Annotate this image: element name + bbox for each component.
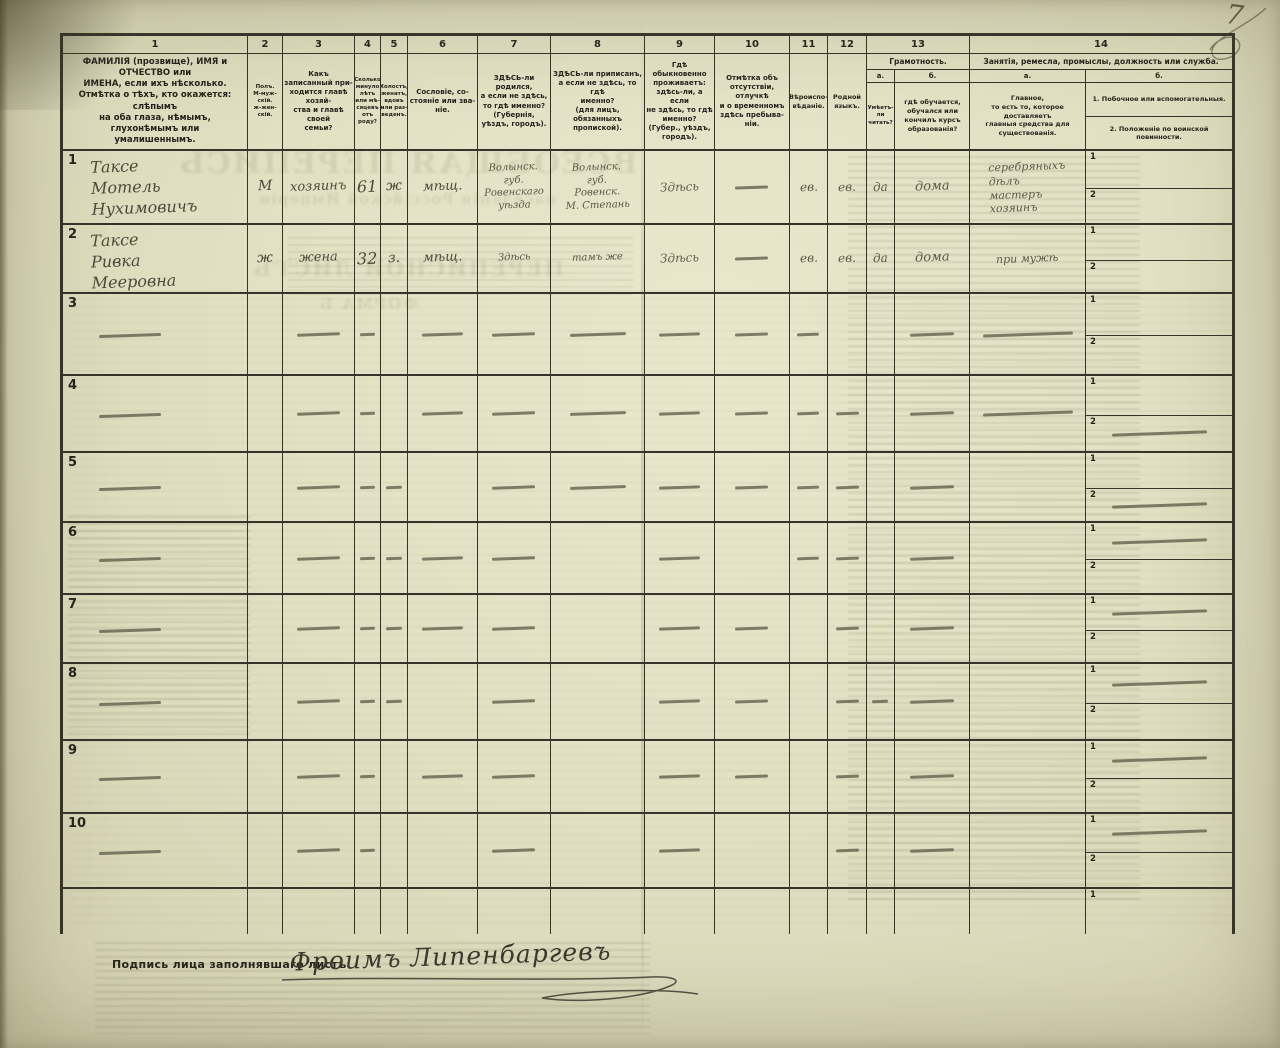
pencil-dash bbox=[1112, 756, 1207, 762]
cell-c10 bbox=[715, 814, 790, 887]
cell-c14a bbox=[970, 294, 1086, 374]
cell-c12 bbox=[828, 595, 867, 662]
cell-c7 bbox=[478, 664, 551, 739]
header-text: Умѣетъ- ли читать? bbox=[867, 105, 893, 127]
pencil-dash bbox=[910, 332, 954, 337]
cell-c14b: 12 bbox=[1086, 225, 1232, 292]
cell-c1: 3 bbox=[63, 294, 248, 374]
cell-c9: Здѣсь bbox=[645, 151, 715, 223]
pencil-dash bbox=[659, 556, 700, 560]
handwritten-entry: ж bbox=[257, 249, 274, 267]
header-col13a: Умѣетъ- ли читать? bbox=[867, 83, 895, 149]
cell-c2 bbox=[248, 741, 283, 812]
cell-c14b: 12 bbox=[1086, 595, 1232, 662]
cell-c1: 8 bbox=[63, 664, 248, 739]
pencil-dash bbox=[659, 774, 700, 778]
subcell-2: 2 bbox=[1086, 489, 1232, 521]
cell-c3 bbox=[283, 294, 355, 374]
pencil-dash bbox=[983, 331, 1073, 337]
cell-c8 bbox=[551, 453, 645, 521]
table-row: 2Таксе Ривка Мееровнажжена32з.мѣщ.Здѣсьт… bbox=[63, 225, 1232, 294]
header-col9: Гдѣ обыкновенно проживаетъ: здѣсь-ли, а … bbox=[645, 54, 715, 149]
cell-c3: жена bbox=[283, 225, 355, 292]
subcell-1: 1 bbox=[1086, 741, 1232, 779]
cell-c1: 9 bbox=[63, 741, 248, 812]
pencil-dash bbox=[836, 556, 859, 560]
handwritten-entry: серебряныхъ дѣлъ мастеръ хозяинъ bbox=[988, 158, 1067, 216]
cell-c14a bbox=[970, 453, 1086, 521]
cell-c3: хозяинъ bbox=[283, 151, 355, 223]
pencil-dash bbox=[360, 485, 375, 489]
fold-crease bbox=[641, 0, 644, 1048]
pencil-dash bbox=[422, 332, 463, 336]
cell-c4 bbox=[355, 741, 381, 812]
subcell-label: 2 bbox=[1090, 337, 1096, 347]
cell-c2 bbox=[248, 595, 283, 662]
column-number: 11 bbox=[790, 36, 828, 53]
pencil-dash bbox=[297, 699, 340, 703]
cell-c12 bbox=[828, 376, 867, 451]
cell-c4: 32 bbox=[355, 225, 381, 292]
handwritten-entry: да bbox=[873, 179, 888, 195]
cell-c11 bbox=[790, 595, 828, 662]
cell-c6 bbox=[408, 814, 478, 887]
column-number: 12 bbox=[828, 36, 867, 53]
cell-c1: 5 bbox=[63, 453, 248, 521]
pencil-dash bbox=[297, 626, 340, 630]
cell-c10 bbox=[715, 376, 790, 451]
handwritten-entry: 61 bbox=[357, 177, 378, 198]
pencil-dash bbox=[836, 485, 859, 489]
cell-c8 bbox=[551, 376, 645, 451]
cell-c6 bbox=[408, 741, 478, 812]
cell-c14a: при мужѣ bbox=[970, 225, 1086, 292]
cell-c1: 6 bbox=[63, 523, 248, 593]
pencil-dash bbox=[360, 775, 375, 779]
cell-c13b bbox=[895, 294, 970, 374]
handwritten-entry: Здѣсь bbox=[660, 179, 699, 195]
pencil-dash bbox=[360, 412, 375, 416]
cell-c8 bbox=[551, 741, 645, 812]
header-label-b: б. bbox=[895, 70, 970, 82]
pencil-dash bbox=[910, 848, 954, 853]
pencil-dash bbox=[910, 556, 954, 561]
table-row: 812 bbox=[63, 664, 1232, 741]
header-text: Отмѣтка объ отсутствіи, отлучкѣ и о врем… bbox=[716, 74, 788, 129]
pencil-dash bbox=[492, 848, 535, 853]
pencil-dash bbox=[360, 700, 375, 704]
cell-c13a bbox=[867, 523, 895, 593]
pencil-dash bbox=[99, 557, 161, 562]
table-row: 1 bbox=[63, 889, 1232, 934]
cell-c9: Здѣсь bbox=[645, 225, 715, 292]
header-col2: Полъ. М-муж- скій. ж-жен- скій. bbox=[248, 54, 283, 149]
column-number: 9 bbox=[645, 36, 715, 53]
cell-c13a: да bbox=[867, 151, 895, 223]
cell-c3 bbox=[283, 741, 355, 812]
cell-c5 bbox=[381, 376, 408, 451]
subcell-1: 1 bbox=[1086, 664, 1232, 704]
header-ab-row: а. б. bbox=[867, 70, 969, 83]
cell-c14b: 12 bbox=[1086, 294, 1232, 374]
census-table: 1234567891011121314 ФАМИЛІЯ (прозвище), … bbox=[60, 33, 1235, 934]
handwritten-entry: Таксе Мотель Нухимовичъ bbox=[90, 154, 198, 220]
header-col3: Какъ записанный при- ходится главѣ хозяй… bbox=[283, 54, 355, 149]
cell-c1: 1Таксе Мотель Нухимовичъ bbox=[63, 151, 248, 223]
row-number: 4 bbox=[68, 378, 77, 393]
row-number: 8 bbox=[68, 666, 77, 681]
cell-c14b: 12 bbox=[1086, 741, 1232, 812]
pencil-dash bbox=[797, 332, 819, 336]
cell-c14a bbox=[970, 523, 1086, 593]
handwritten-entry: Здѣсь bbox=[498, 252, 531, 266]
cell-c4 bbox=[355, 523, 381, 593]
header-col5: Холостъ, женатъ, вдовъ или раз- веденъ. bbox=[381, 54, 408, 149]
cell-c13b bbox=[895, 889, 970, 934]
pencil-dash bbox=[1112, 538, 1207, 544]
header-label-b: б. bbox=[1086, 70, 1232, 82]
subcell-label: 1 bbox=[1090, 226, 1096, 236]
cell-c4 bbox=[355, 453, 381, 521]
handwritten-entry: при мужѣ bbox=[996, 251, 1059, 267]
paper-edge bbox=[0, 0, 8, 1048]
cell-c5 bbox=[381, 523, 408, 593]
header-text: Сколько минуло лѣтъ или мѣ- сяцевъ отъ р… bbox=[354, 77, 381, 127]
pencil-dash bbox=[492, 699, 535, 704]
cell-c3 bbox=[283, 889, 355, 934]
cell-c14b: 12 bbox=[1086, 814, 1232, 887]
subcell-1: 1 bbox=[1086, 453, 1232, 489]
cell-c12: ев. bbox=[828, 151, 867, 223]
table-row: 1012 bbox=[63, 814, 1232, 889]
subcell-label: 1 bbox=[1090, 152, 1096, 162]
column-number: 8 bbox=[551, 36, 645, 53]
cell-c2 bbox=[248, 453, 283, 521]
subcell-1: 1 bbox=[1086, 376, 1232, 416]
cell-c5 bbox=[381, 664, 408, 739]
cell-c10 bbox=[715, 523, 790, 593]
cell-c9 bbox=[645, 294, 715, 374]
cell-c14a bbox=[970, 595, 1086, 662]
cell-c14a bbox=[970, 664, 1086, 739]
pencil-dash bbox=[659, 411, 700, 415]
cell-c14b: 12 bbox=[1086, 453, 1232, 521]
cell-c13b bbox=[895, 741, 970, 812]
pencil-dash bbox=[872, 700, 888, 704]
cell-c6 bbox=[408, 664, 478, 739]
handwritten-entry: з. bbox=[388, 250, 401, 268]
cell-c10 bbox=[715, 294, 790, 374]
cell-c1: 7 bbox=[63, 595, 248, 662]
cell-c2 bbox=[248, 376, 283, 451]
handwritten-entry: дома bbox=[914, 250, 949, 267]
cell-c2: М bbox=[248, 151, 283, 223]
cell-c11 bbox=[790, 741, 828, 812]
pencil-dash bbox=[836, 700, 859, 704]
cell-c2 bbox=[248, 523, 283, 593]
pencil-dash bbox=[1112, 609, 1207, 615]
subcell-label: 1 bbox=[1090, 454, 1096, 464]
cell-c5 bbox=[381, 294, 408, 374]
header-col14b-item2: 2. Положеніе по воинской повинности. bbox=[1086, 117, 1232, 150]
header-text: Полъ. М-муж- скій. ж-жен- скій. bbox=[253, 84, 277, 120]
cell-c13a bbox=[867, 294, 895, 374]
pencil-dash bbox=[836, 412, 859, 416]
header-label-a: а. bbox=[970, 70, 1086, 82]
cell-c5 bbox=[381, 595, 408, 662]
header-text: ЗДѢСЬ-ли приписанъ, а если не здѣсь, то … bbox=[552, 70, 643, 134]
cell-c13b bbox=[895, 376, 970, 451]
cell-c12 bbox=[828, 294, 867, 374]
header-col4: Сколько минуло лѣтъ или мѣ- сяцевъ отъ р… bbox=[355, 54, 381, 149]
cell-c13b bbox=[895, 453, 970, 521]
column-number: 6 bbox=[408, 36, 478, 53]
cell-c11 bbox=[790, 294, 828, 374]
cell-c10 bbox=[715, 453, 790, 521]
cell-c5: ж bbox=[381, 151, 408, 223]
cell-c14b: 12 bbox=[1086, 523, 1232, 593]
pencil-dash bbox=[492, 485, 535, 490]
pencil-dash bbox=[983, 410, 1073, 416]
column-number: 2 bbox=[248, 36, 283, 53]
cell-c7 bbox=[478, 376, 551, 451]
cell-c1: 10 bbox=[63, 814, 248, 887]
cell-c8 bbox=[551, 814, 645, 887]
pencil-dash bbox=[570, 411, 626, 416]
header-col6: Сословіе, со- стояніе или зва- ніе. bbox=[408, 54, 478, 149]
pencil-dash bbox=[99, 333, 161, 338]
pencil-dash bbox=[492, 332, 535, 337]
subcell-label: 2 bbox=[1090, 780, 1096, 790]
cell-c13a bbox=[867, 664, 895, 739]
handwritten-entry: ев. bbox=[838, 251, 856, 267]
header-text: Главное, то есть то, которое доставляетъ… bbox=[971, 94, 1084, 138]
header-col13b: гдѣ обучается, обучался или кончилъ курс… bbox=[895, 83, 970, 149]
header-text: гдѣ обучается, обучался или кончилъ курс… bbox=[904, 98, 960, 133]
pencil-dash bbox=[99, 849, 161, 854]
table-row: 712 bbox=[63, 595, 1232, 664]
cell-c13a bbox=[867, 595, 895, 662]
cell-c11: ев. bbox=[790, 225, 828, 292]
header-col14-group: Занятія, ремесла, промыслы, должность ил… bbox=[970, 54, 1232, 149]
cell-c9 bbox=[645, 523, 715, 593]
signature-handwritten: Фроимъ Липенбаргевъ bbox=[290, 936, 612, 976]
header-col7: ЗДѢСЬ-ли родился, а если не здѣсь, то гд… bbox=[478, 54, 551, 149]
cell-c3 bbox=[283, 376, 355, 451]
subcell-label: 1 bbox=[1090, 815, 1096, 825]
cell-c6 bbox=[408, 523, 478, 593]
subcell-label: 1 bbox=[1090, 596, 1096, 606]
cell-c11 bbox=[790, 664, 828, 739]
row-number: 9 bbox=[68, 743, 77, 758]
cell-c11: ев. bbox=[790, 151, 828, 223]
header-col12: Родной языкъ. bbox=[828, 54, 867, 149]
cell-c8 bbox=[551, 664, 645, 739]
cell-c10 bbox=[715, 664, 790, 739]
subcell-label: 1 bbox=[1090, 890, 1096, 900]
handwritten-entry: ев. bbox=[799, 179, 817, 195]
cell-c3 bbox=[283, 814, 355, 887]
cell-c4 bbox=[355, 664, 381, 739]
pencil-dash bbox=[492, 411, 535, 416]
signature-line: Подпись лица заполнявшаго листъ Фроимъ Л… bbox=[112, 948, 632, 1018]
cell-c10 bbox=[715, 741, 790, 812]
pencil-dash bbox=[99, 700, 161, 705]
row-number: 5 bbox=[68, 455, 77, 470]
cell-c5 bbox=[381, 889, 408, 934]
handwritten-entry: да bbox=[873, 251, 888, 267]
subcell-2: 2 bbox=[1086, 261, 1232, 292]
pencil-dash bbox=[910, 774, 954, 779]
cell-c10 bbox=[715, 151, 790, 223]
pencil-dash bbox=[659, 699, 700, 703]
subcell-label: 2 bbox=[1090, 854, 1096, 864]
header-occupation-title: Занятія, ремесла, промыслы, должность ил… bbox=[970, 54, 1232, 70]
cell-c9 bbox=[645, 889, 715, 934]
cell-c9 bbox=[645, 595, 715, 662]
cell-c3 bbox=[283, 664, 355, 739]
subcell-label: 1 bbox=[1090, 295, 1096, 305]
cell-c12 bbox=[828, 814, 867, 887]
cell-c8 bbox=[551, 523, 645, 593]
pencil-dash bbox=[797, 556, 819, 560]
cell-c6 bbox=[408, 376, 478, 451]
cell-c9 bbox=[645, 453, 715, 521]
subcell-1: 1 bbox=[1086, 889, 1232, 934]
column-number: 10 bbox=[715, 36, 790, 53]
cell-c6: мѣщ. bbox=[408, 225, 478, 292]
row-number: 7 bbox=[68, 597, 77, 612]
cell-c10 bbox=[715, 225, 790, 292]
pencil-dash bbox=[659, 848, 700, 852]
handwritten-entry: Волынск. губ. Ровенскаго уѣзда bbox=[483, 161, 544, 213]
cell-c2 bbox=[248, 814, 283, 887]
pencil-dash bbox=[360, 332, 375, 336]
column-number: 14 bbox=[970, 36, 1232, 53]
header-text: Вѣроиспо- вѣданіе. bbox=[789, 93, 828, 110]
cell-c4: 61 bbox=[355, 151, 381, 223]
handwritten-entry: ев. bbox=[799, 251, 817, 267]
cell-c7 bbox=[478, 814, 551, 887]
subcell-2: 2 bbox=[1086, 704, 1232, 739]
cell-c12 bbox=[828, 664, 867, 739]
subcell-2: 2 bbox=[1086, 189, 1232, 223]
cell-c9 bbox=[645, 741, 715, 812]
row-number: 6 bbox=[68, 525, 77, 540]
pencil-dash bbox=[386, 485, 402, 489]
cell-c7 bbox=[478, 453, 551, 521]
subcell-1: 1 bbox=[1086, 294, 1232, 336]
table-body: 1Таксе Мотель НухимовичъМхозяинъ61жмѣщ.В… bbox=[63, 151, 1232, 934]
pencil-dash bbox=[360, 556, 375, 560]
pencil-dash bbox=[297, 774, 340, 778]
cell-c13a bbox=[867, 376, 895, 451]
cell-c13a bbox=[867, 453, 895, 521]
pencil-dash bbox=[570, 485, 626, 490]
pencil-dash bbox=[99, 627, 161, 632]
row-number: 1 bbox=[68, 153, 77, 168]
cell-c4 bbox=[355, 889, 381, 934]
cell-c11 bbox=[790, 523, 828, 593]
handwritten-entry: М bbox=[258, 178, 273, 196]
cell-c8: Волынск. губ. Ровенск. М. Степань bbox=[551, 151, 645, 223]
cell-c2 bbox=[248, 294, 283, 374]
pencil-dash bbox=[659, 626, 700, 630]
header-col14b: 1. Побочное или вспомогательныя. 2. Поло… bbox=[1086, 83, 1232, 149]
cell-c2 bbox=[248, 664, 283, 739]
pencil-dash bbox=[735, 774, 768, 778]
table-row: 612 bbox=[63, 523, 1232, 595]
subcell-label: 2 bbox=[1090, 490, 1096, 500]
cell-c7: Волынск. губ. Ровенскаго уѣзда bbox=[478, 151, 551, 223]
pencil-dash bbox=[735, 699, 768, 703]
cell-c14b: 12 bbox=[1086, 664, 1232, 739]
pencil-dash bbox=[386, 627, 402, 631]
cell-c9 bbox=[645, 376, 715, 451]
handwritten-entry: 32 bbox=[357, 248, 378, 269]
header-col11: Вѣроиспо- вѣданіе. bbox=[790, 54, 828, 149]
cell-c6 bbox=[408, 595, 478, 662]
column-number: 13 bbox=[867, 36, 970, 53]
cell-c13b bbox=[895, 814, 970, 887]
cell-c13a bbox=[867, 741, 895, 812]
pencil-dash bbox=[422, 774, 463, 778]
cell-c9 bbox=[645, 664, 715, 739]
cell-c6 bbox=[408, 889, 478, 934]
cell-c9 bbox=[645, 814, 715, 887]
cell-c12: ев. bbox=[828, 225, 867, 292]
cell-c13a bbox=[867, 889, 895, 934]
pencil-dash bbox=[910, 411, 954, 416]
cell-c10 bbox=[715, 595, 790, 662]
pencil-dash bbox=[386, 556, 402, 560]
cell-c13b bbox=[895, 595, 970, 662]
cell-c14a bbox=[970, 741, 1086, 812]
pencil-dash bbox=[735, 485, 768, 489]
pencil-dash bbox=[297, 411, 340, 415]
subcell-label: 2 bbox=[1090, 561, 1096, 571]
pencil-dash bbox=[797, 485, 819, 489]
corner-shadow bbox=[0, 0, 150, 110]
handwritten-entry: Здѣсь bbox=[660, 250, 699, 266]
cell-c10 bbox=[715, 889, 790, 934]
header-col10: Отмѣтка объ отсутствіи, отлучкѣ и о врем… bbox=[715, 54, 790, 149]
cell-c12 bbox=[828, 523, 867, 593]
subcell-2: 2 bbox=[1086, 416, 1232, 451]
handwritten-entry: Волынск. губ. Ровенск. М. Степань bbox=[565, 161, 631, 213]
cell-c13a bbox=[867, 814, 895, 887]
table-row: 512 bbox=[63, 453, 1232, 523]
subcell-2: 2 bbox=[1086, 779, 1232, 812]
cell-c7 bbox=[478, 889, 551, 934]
pencil-dash bbox=[836, 849, 859, 853]
pencil-dash bbox=[492, 774, 535, 779]
table-row: 312 bbox=[63, 294, 1232, 376]
column-number: 3 bbox=[283, 36, 355, 53]
cell-c1: 2Таксе Ривка Мееровна bbox=[63, 225, 248, 292]
cell-c12 bbox=[828, 889, 867, 934]
cell-c8: тамъ же bbox=[551, 225, 645, 292]
cell-c3 bbox=[283, 523, 355, 593]
cell-c6 bbox=[408, 294, 478, 374]
cell-c11 bbox=[790, 889, 828, 934]
cell-c7: Здѣсь bbox=[478, 225, 551, 292]
pencil-dash bbox=[836, 627, 859, 631]
cell-c7 bbox=[478, 595, 551, 662]
cell-c2 bbox=[248, 889, 283, 934]
cell-c5: з. bbox=[381, 225, 408, 292]
header-col14b-item1: 1. Побочное или вспомогательныя. bbox=[1086, 83, 1232, 117]
